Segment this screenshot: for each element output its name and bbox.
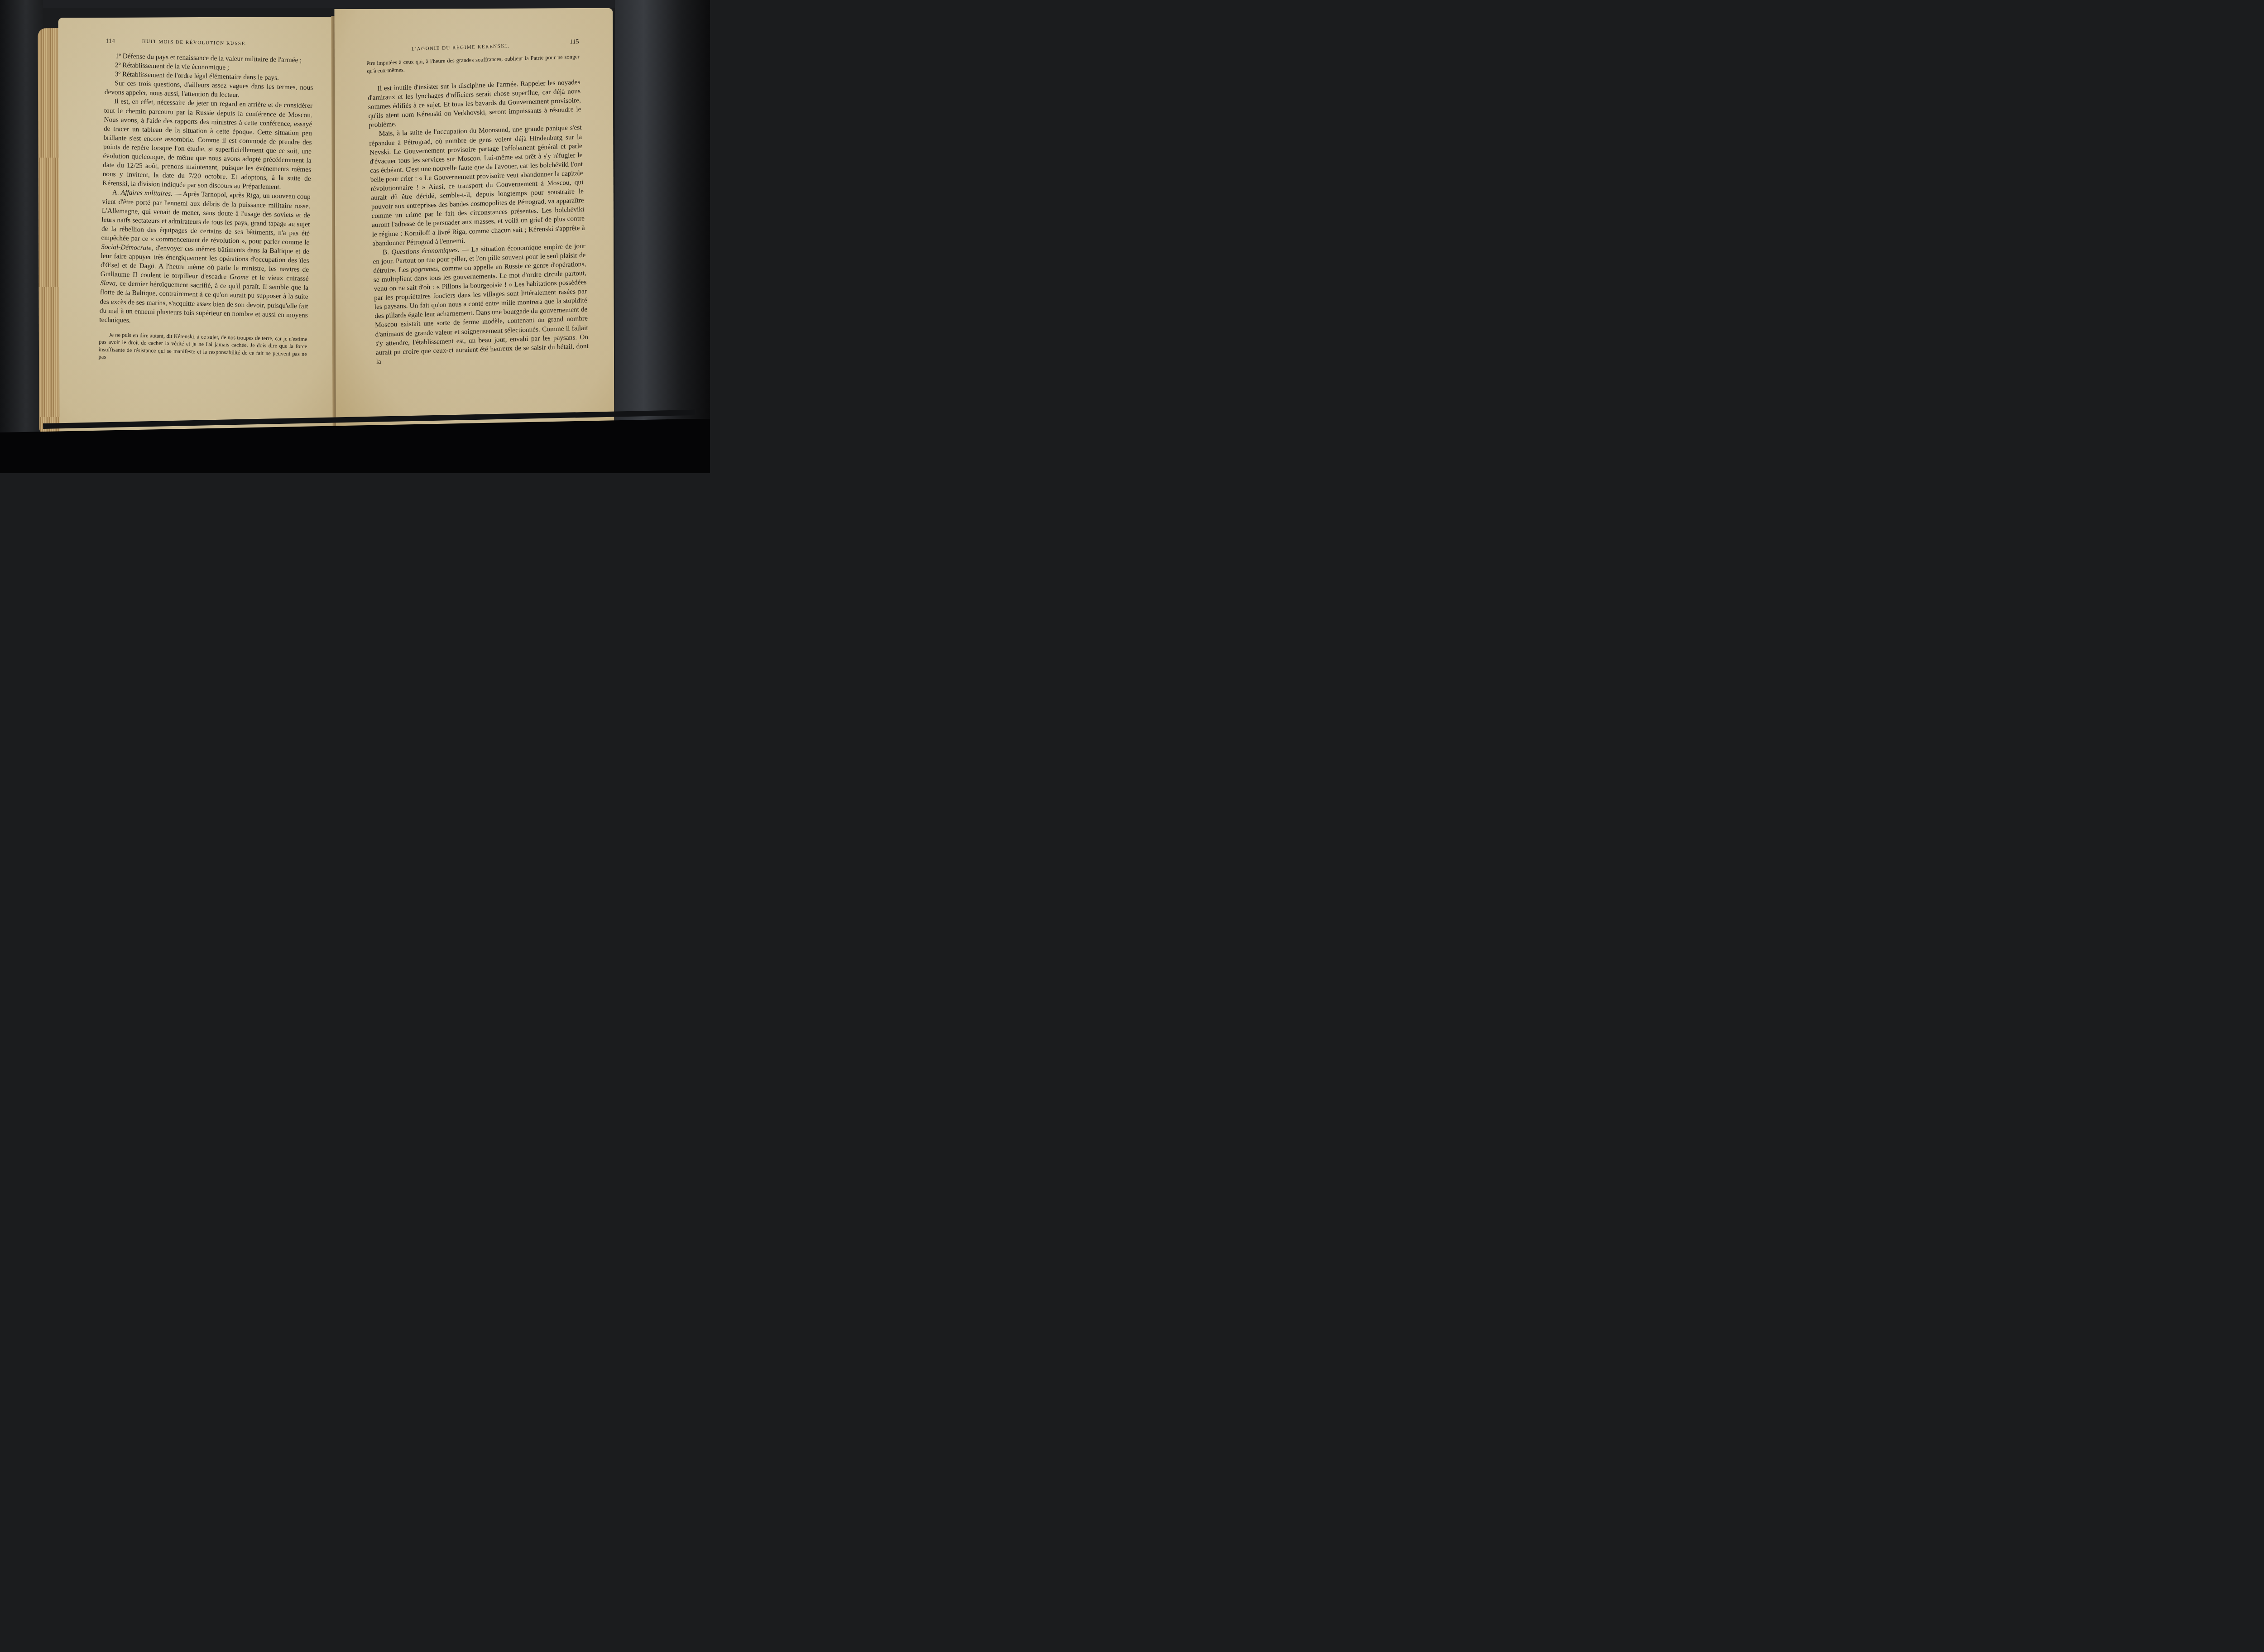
paragraph-economic-questions: B. Questions économiques. — La situation… bbox=[373, 241, 589, 366]
left-running-head: 114 HUIT MOIS DE RÉVOLUTION RUSSE. bbox=[106, 38, 314, 50]
display-case-left-frame bbox=[0, 0, 43, 473]
open-book: 114 HUIT MOIS DE RÉVOLUTION RUSSE. 1º Dé… bbox=[38, 6, 621, 438]
text-span: et le vieux cuirassé bbox=[249, 274, 309, 283]
paragraph: Il est, en effet, nécessaire de jeter un… bbox=[102, 97, 312, 192]
italic-title: Social-Démocrate bbox=[101, 243, 152, 252]
running-head-title: HUIT MOIS DE RÉVOLUTION RUSSE. bbox=[142, 39, 247, 48]
ship-name: Grome bbox=[230, 273, 249, 281]
page-number: 114 bbox=[106, 38, 115, 45]
section-heading: Affaires militaires. bbox=[121, 189, 173, 198]
section-heading: Questions économiques. bbox=[391, 246, 460, 256]
paragraph: Il est inutile d'insister sur la discipl… bbox=[367, 78, 581, 130]
text-span: , comme on appelle en Russie ce genre d'… bbox=[374, 260, 589, 366]
right-running-head: L'AGONIE DU RÉGIME KÉRENSKI. 115 bbox=[366, 38, 579, 53]
italic-term: pogromes bbox=[411, 265, 438, 274]
text-span: , ce dernier héroïquement sacrifié, à ce… bbox=[99, 280, 308, 324]
text-span: — Après Tarnopol, après Riga, un nouveau… bbox=[101, 190, 311, 246]
section-label: A. bbox=[112, 189, 119, 197]
paragraph: Mais, à la suite de l'occupation du Moon… bbox=[369, 123, 585, 248]
ship-name: Slava bbox=[100, 279, 115, 288]
display-case-right-frame bbox=[615, 0, 710, 473]
page-number: 115 bbox=[570, 38, 579, 47]
left-page: 114 HUIT MOIS DE RÉVOLUTION RUSSE. 1º Dé… bbox=[58, 17, 356, 439]
paragraph-military-affairs: A. Affaires militaires. — Après Tarnopol… bbox=[99, 188, 311, 329]
left-page-content: 114 HUIT MOIS DE RÉVOLUTION RUSSE. 1º Dé… bbox=[98, 38, 314, 365]
right-page-content: L'AGONIE DU RÉGIME KÉRENSKI. 115 être im… bbox=[366, 38, 589, 366]
right-page: L'AGONIE DU RÉGIME KÉRENSKI. 115 être im… bbox=[334, 8, 614, 430]
quotation: Je ne puis en dire autant, dit Kérenski,… bbox=[98, 331, 307, 365]
section-label: B. bbox=[383, 248, 389, 256]
running-head-title: L'AGONIE DU RÉGIME KÉRENSKI. bbox=[412, 43, 510, 52]
quotation-block: Je ne puis en dire autant, dit Kérenski,… bbox=[98, 331, 307, 365]
